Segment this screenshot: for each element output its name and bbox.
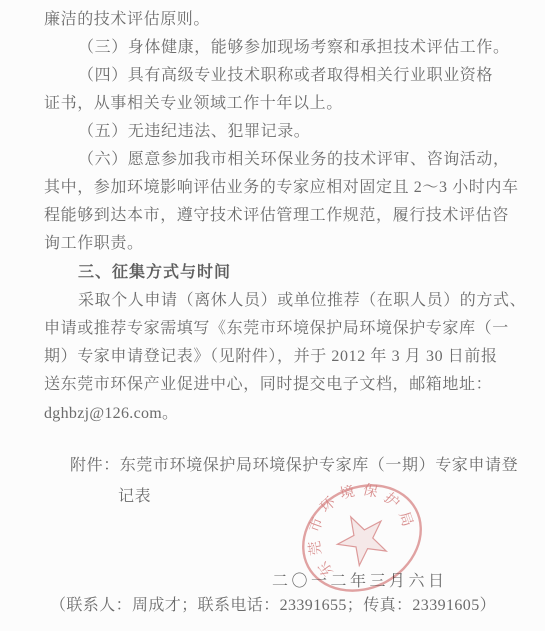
doc-line: （五）无违纪违法、犯罪记录。 <box>78 122 310 142</box>
doc-line: 期）专家申请登记表》（见附件），并于 2012 年 3 月 30 日前报 <box>44 347 498 367</box>
seal-star-icon <box>329 505 395 570</box>
attachment-line: 附件：东莞市环境保护局环境保护专家库（一期）专家申请登 <box>70 456 518 476</box>
doc-line: 送东莞市环保产业促进中心，同时提交电子文档，邮箱地址： <box>44 375 492 395</box>
doc-line: 程能够到达本市，遵守技术评估管理工作规范，履行技术评估咨 <box>44 206 509 226</box>
email-address: dghbzj@126.com。 <box>44 404 178 424</box>
attachment-line-2: 记表 <box>118 487 151 507</box>
doc-line: 采取个人申请（离休人员）或单位推荐（在职人员）的方式、 <box>78 291 526 311</box>
document-page: 廉洁的技术评估原则。 （三）身体健康，能够参加现场考察和承担技术评估工作。 （四… <box>0 0 545 631</box>
official-seal: 东莞市环境保护局 <box>292 480 442 605</box>
section-heading: 三、征集方式与时间 <box>78 263 231 283</box>
doc-line: （四）具有高级专业技术职称或者取得相关行业职业资格 <box>78 66 493 86</box>
doc-line: （三）身体健康，能够参加现场考察和承担技术评估工作。 <box>78 38 510 58</box>
doc-line: 证书，从事相关专业领域工作十年以上。 <box>44 94 343 114</box>
doc-line: 廉洁的技术评估原则。 <box>44 10 210 30</box>
doc-line: 询工作职责。 <box>44 234 144 254</box>
doc-line: （六）愿意参加我市相关环保业务的技术评审、咨询活动， <box>78 150 510 170</box>
doc-line: 申请或推荐专家需填写《东莞市环境保护局环境保护专家库（一 <box>44 319 509 339</box>
doc-line: 其中，参加环境影响评估业务的专家应相对固定且 2～3 小时内车 <box>44 178 519 198</box>
